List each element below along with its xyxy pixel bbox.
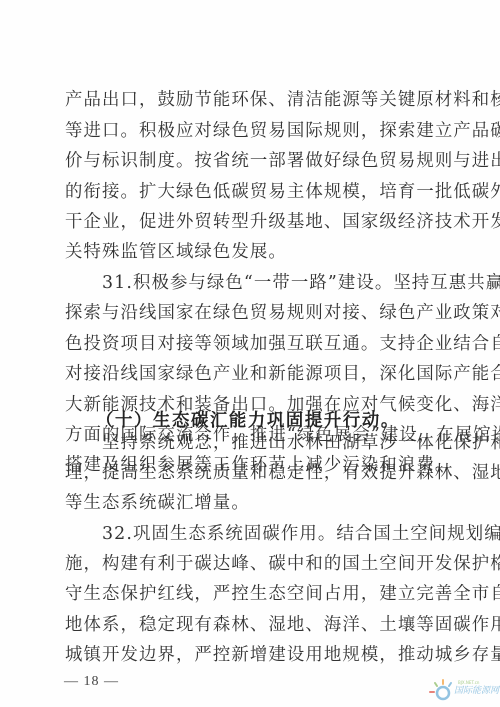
body-line: 等进口。积极应对绿色贸易国际规则，探索建立产品碳足迹评 <box>65 119 437 143</box>
body-line: 施，构建有利于碳达峰、碳中和的国土空间开发保护格局。严 <box>65 552 437 576</box>
section-31-line: 31.积极参与绿色“一带一路”建设。坚持互惠共赢原则， <box>102 271 437 295</box>
body-line: 对接沿线国家绿色产业和新能源项目，深化国际产能合作，扩 <box>65 362 437 386</box>
page-number: — 18 — <box>64 672 119 692</box>
section-32-line: 32.巩固生态系统固碳作用。结合国土空间规划编制和实 <box>102 522 437 546</box>
body-line: 守生态保护红线，严控生态空间占用，建立完善全市自然保护 <box>65 582 437 606</box>
watermark-logo: BJX.NET.cn 国际能源网 <box>428 678 498 702</box>
body-line: 产品出口，鼓励节能环保、清洁能源等关键原材料和核心技术 <box>65 88 437 112</box>
sun-logo-icon <box>428 678 454 702</box>
body-line: 关特殊监管区域绿色发展。 <box>65 240 437 264</box>
section-heading-10: （十）生态碳汇能力巩固提升行动。 <box>96 409 336 433</box>
body-line: 探索与沿线国家在绿色贸易规则对接、绿色产业政策对接和绿 <box>65 301 437 325</box>
body-line: 地体系，稳定现有森林、湿地、海洋、土壤等固碳作用。划定 <box>65 613 437 637</box>
document-page: 产品出口，鼓励节能环保、清洁能源等关键原材料和核心技术 等进口。积极应对绿色贸易… <box>0 0 500 707</box>
body-line: 干企业，促进外贸转型升级基地、国家级经济技术开发区和海 <box>65 210 437 234</box>
body-line: 等生态系统碳汇增量。 <box>65 491 437 515</box>
body-line: 价与标识制度。按省统一部署做好绿色贸易规则与进出口政策 <box>65 149 437 173</box>
paragraph-intro-line: 坚持系统观念，推进山水林田湖草沙一体化保护和系统治 <box>102 431 437 455</box>
body-line: 理，提高生态系统质量和稳定性，有效提升森林、湿地、海洋 <box>65 461 437 485</box>
body-line: 色投资项目对接等领域加强互联互通。支持企业结合自身优势 <box>65 332 437 356</box>
watermark-text: 国际能源网 <box>454 686 499 696</box>
body-line: 城镇开发边界，严控新增建设用地规模，推动城乡存量建设用 <box>65 643 437 667</box>
watermark-url: BJX.NET.cn <box>458 680 479 685</box>
body-line: 的衔接。扩大绿色低碳贸易主体规模，培育一批低碳外向型骨 <box>65 180 437 204</box>
